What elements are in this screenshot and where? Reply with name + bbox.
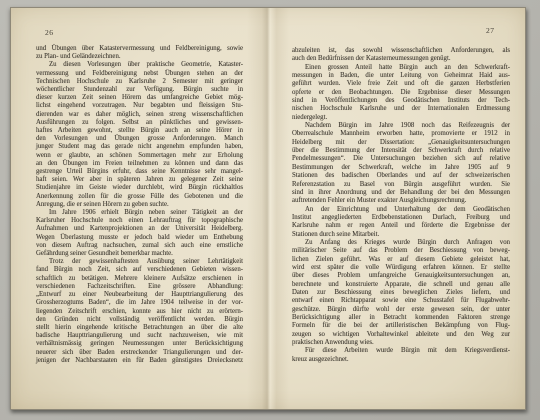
text-line: sind in Veröffentlichungen des Geodätisc… [292, 97, 510, 105]
scanned-book-photo: { "colors": { "paper": "#e9e1cb", "backg… [0, 0, 540, 420]
text-line: Pendelmessungen“. Die Untersuchungen bez… [292, 155, 510, 163]
text-line: fand Bürgin noch Zeit, sich auf verschie… [36, 266, 243, 274]
text-line: Zu Anfang des Krieges wurde Bürgin durch… [292, 239, 510, 247]
text-line: militärischer Seite auf das Problem der … [292, 247, 510, 255]
text-line: junger Student mag das gerade nicht ange… [36, 143, 243, 151]
text-line: Formeln für die bei der artilleristische… [292, 322, 510, 330]
text-line: Zu diesen Vorlesungen über praktische Ge… [36, 61, 243, 69]
page-left-text: und Übungen über Katastervermessung und … [36, 45, 243, 365]
text-line: sind in ihrer Anordnung und der Behandlu… [292, 189, 510, 197]
text-line: den Gründen nicht vollständig veröffentl… [36, 316, 243, 324]
paragraph: Im Jahre 1906 erhielt Bürgin neben seine… [36, 209, 243, 258]
text-line: haftes Arbeiten gewohnt, stellte Bürgin … [36, 127, 243, 135]
paragraph: Einen grossen Anteil hatte Bürgin auch a… [292, 64, 510, 122]
text-line: zu Plan- und Geländezeichnen. [36, 53, 243, 61]
text-line: verhältnismässig geringen Neumessungen u… [36, 340, 243, 348]
text-line: Technischen Hochschule zu Karlsruhe 2 Se… [36, 78, 243, 86]
text-line: Aufnahmen und Kartenprojektionen an der … [36, 225, 243, 233]
page-number-right: 27 [486, 26, 495, 35]
paragraph: Für diese Arbeiten wurde Bürgin mit dem … [292, 347, 510, 364]
text-line: geschütze. Bürgin dürfte wohl der erste … [292, 306, 510, 314]
paragraph: Nachdem Bürgin im Jahre 1908 noch das Re… [292, 122, 510, 205]
text-line: entwarf einen Richtapparat sowie eine Sc… [292, 297, 510, 305]
text-line: Referenzstation zu Basel von Bürgin ausg… [292, 181, 510, 189]
text-line: Wegen Überlastung musste er jedoch bald … [36, 234, 243, 242]
text-line: berechnete und konstruierte Apparate, di… [292, 281, 510, 289]
text-line: haft seien. Wer aber in späteren Jahren … [36, 176, 243, 184]
paragraph: Zu diesen Vorlesungen über praktische Ge… [36, 61, 243, 209]
text-line: Anerkennung zollen für die grosse Fülle … [36, 193, 243, 201]
paragraph: Zu Anfang des Krieges wurde Bürgin durch… [292, 239, 510, 347]
text-line: kreuz ausgezeichnet. [292, 356, 510, 364]
text-line: Oberrealschule Mannheim erworben hatte, … [292, 130, 510, 138]
text-line: Anregung, die er seinen Hörern zu geben … [36, 201, 243, 209]
paragraph: abzuleiten ist, das sowohl wissenschaftl… [292, 47, 510, 64]
paragraph: An der Einrichtung und Unterhaltung der … [292, 206, 510, 239]
text-line: opferte er den Beobachtungen. Die Ergebn… [292, 89, 510, 97]
text-line: praktischen Anwendung wies. [292, 339, 510, 347]
text-line: dierenden war es daher möglich, seinen s… [36, 111, 243, 119]
text-line: Grossherzogtums Baden“, die im Jahre 190… [36, 299, 243, 307]
text-line: jenigen der Nachbarstaaten ein für Baden… [36, 357, 243, 365]
text-line: Ausführungen zu folgen. Selbst an pünktl… [36, 119, 243, 127]
text-line: Stationen durch seine Mitarbeit. [292, 231, 510, 239]
text-line: Für diese Arbeiten wurde Bürgin mit dem … [292, 347, 510, 355]
text-line: von diesem Auftrag nachsuchen, zumal sic… [36, 242, 243, 250]
text-line: nischen Hochschule Karlsruhe und der Int… [292, 105, 510, 113]
text-line: auftretenden Fehler ein Muster exakter A… [292, 197, 510, 205]
text-line: Bestimmungen der Schwerkraft, welche im … [292, 164, 510, 172]
text-line: lichen Zielen geführt. Was er auf diesem… [292, 256, 510, 264]
text-line: Studienjahre im Geiste wieder durchlebt,… [36, 184, 243, 192]
text-line: Einen grossen Anteil hatte Bürgin auch a… [292, 64, 510, 72]
text-line: Nachdem Bürgin im Jahre 1908 noch das Re… [292, 122, 510, 130]
page-number-left: 26 [45, 28, 54, 37]
text-line: niedergelegt. [292, 114, 510, 122]
text-line: vermessung und Feldbereinigung nebst Übu… [36, 70, 243, 78]
text-line: Institut angegliederten Erdbebenstatione… [292, 214, 510, 222]
text-line: An der Einrichtung und Unterhaltung der … [292, 206, 510, 214]
text-line: zeugen so wichtigen Vorhaltewinkel ablei… [292, 331, 510, 339]
text-line: liegenden Zeitschrift erschien, konnte a… [36, 308, 243, 316]
text-line: stellt hierin eingehende kritische Betra… [36, 324, 243, 332]
paragraph: und Übungen über Katastervermessung und … [36, 45, 243, 61]
page-right-text: abzuleiten ist, das sowohl wissenschaftl… [292, 47, 510, 364]
text-line: verschiedenen Fachzeitschriften. Eine gr… [36, 283, 243, 291]
text-line: Stationen des badischen Oberlandes und a… [292, 172, 510, 180]
text-line: auch den Bedürfnissen der Katasterneumes… [292, 55, 510, 63]
text-line: an den Übungen im Freien teilnehmen zu k… [36, 160, 243, 168]
text-line: schaftlich zu betätigen. Mehrere kleiner… [36, 275, 243, 283]
paragraph: Trotz der gewissenhaftesten Ausübung sei… [36, 258, 243, 365]
text-line: geführt wurden. Viele freie Zeit und oft… [292, 80, 510, 88]
text-line: wöchentlicher Stundenzahl zur Verfügung.… [36, 86, 243, 94]
text-line: lichst eingehend vorzutragen. Nur begabt… [36, 102, 243, 110]
text-line: badische Haupttriangulierung und sucht n… [36, 332, 243, 340]
text-line: wenn er glaubte, an schönen Sommertagen … [36, 152, 243, 160]
text-line: Karlsruhe nahm er regen Anteil und förde… [292, 222, 510, 230]
text-line: neuerer sich über Baden erstreckender Tr… [36, 349, 243, 357]
text-line: und Übungen über Katastervermessung und … [36, 45, 243, 53]
text-line: über dieses Problem umfangreiche Genauig… [292, 272, 510, 280]
text-line: Heidelberg mit der Dissertation: „Genaui… [292, 139, 510, 147]
page-gutter-shadow [247, 8, 289, 409]
